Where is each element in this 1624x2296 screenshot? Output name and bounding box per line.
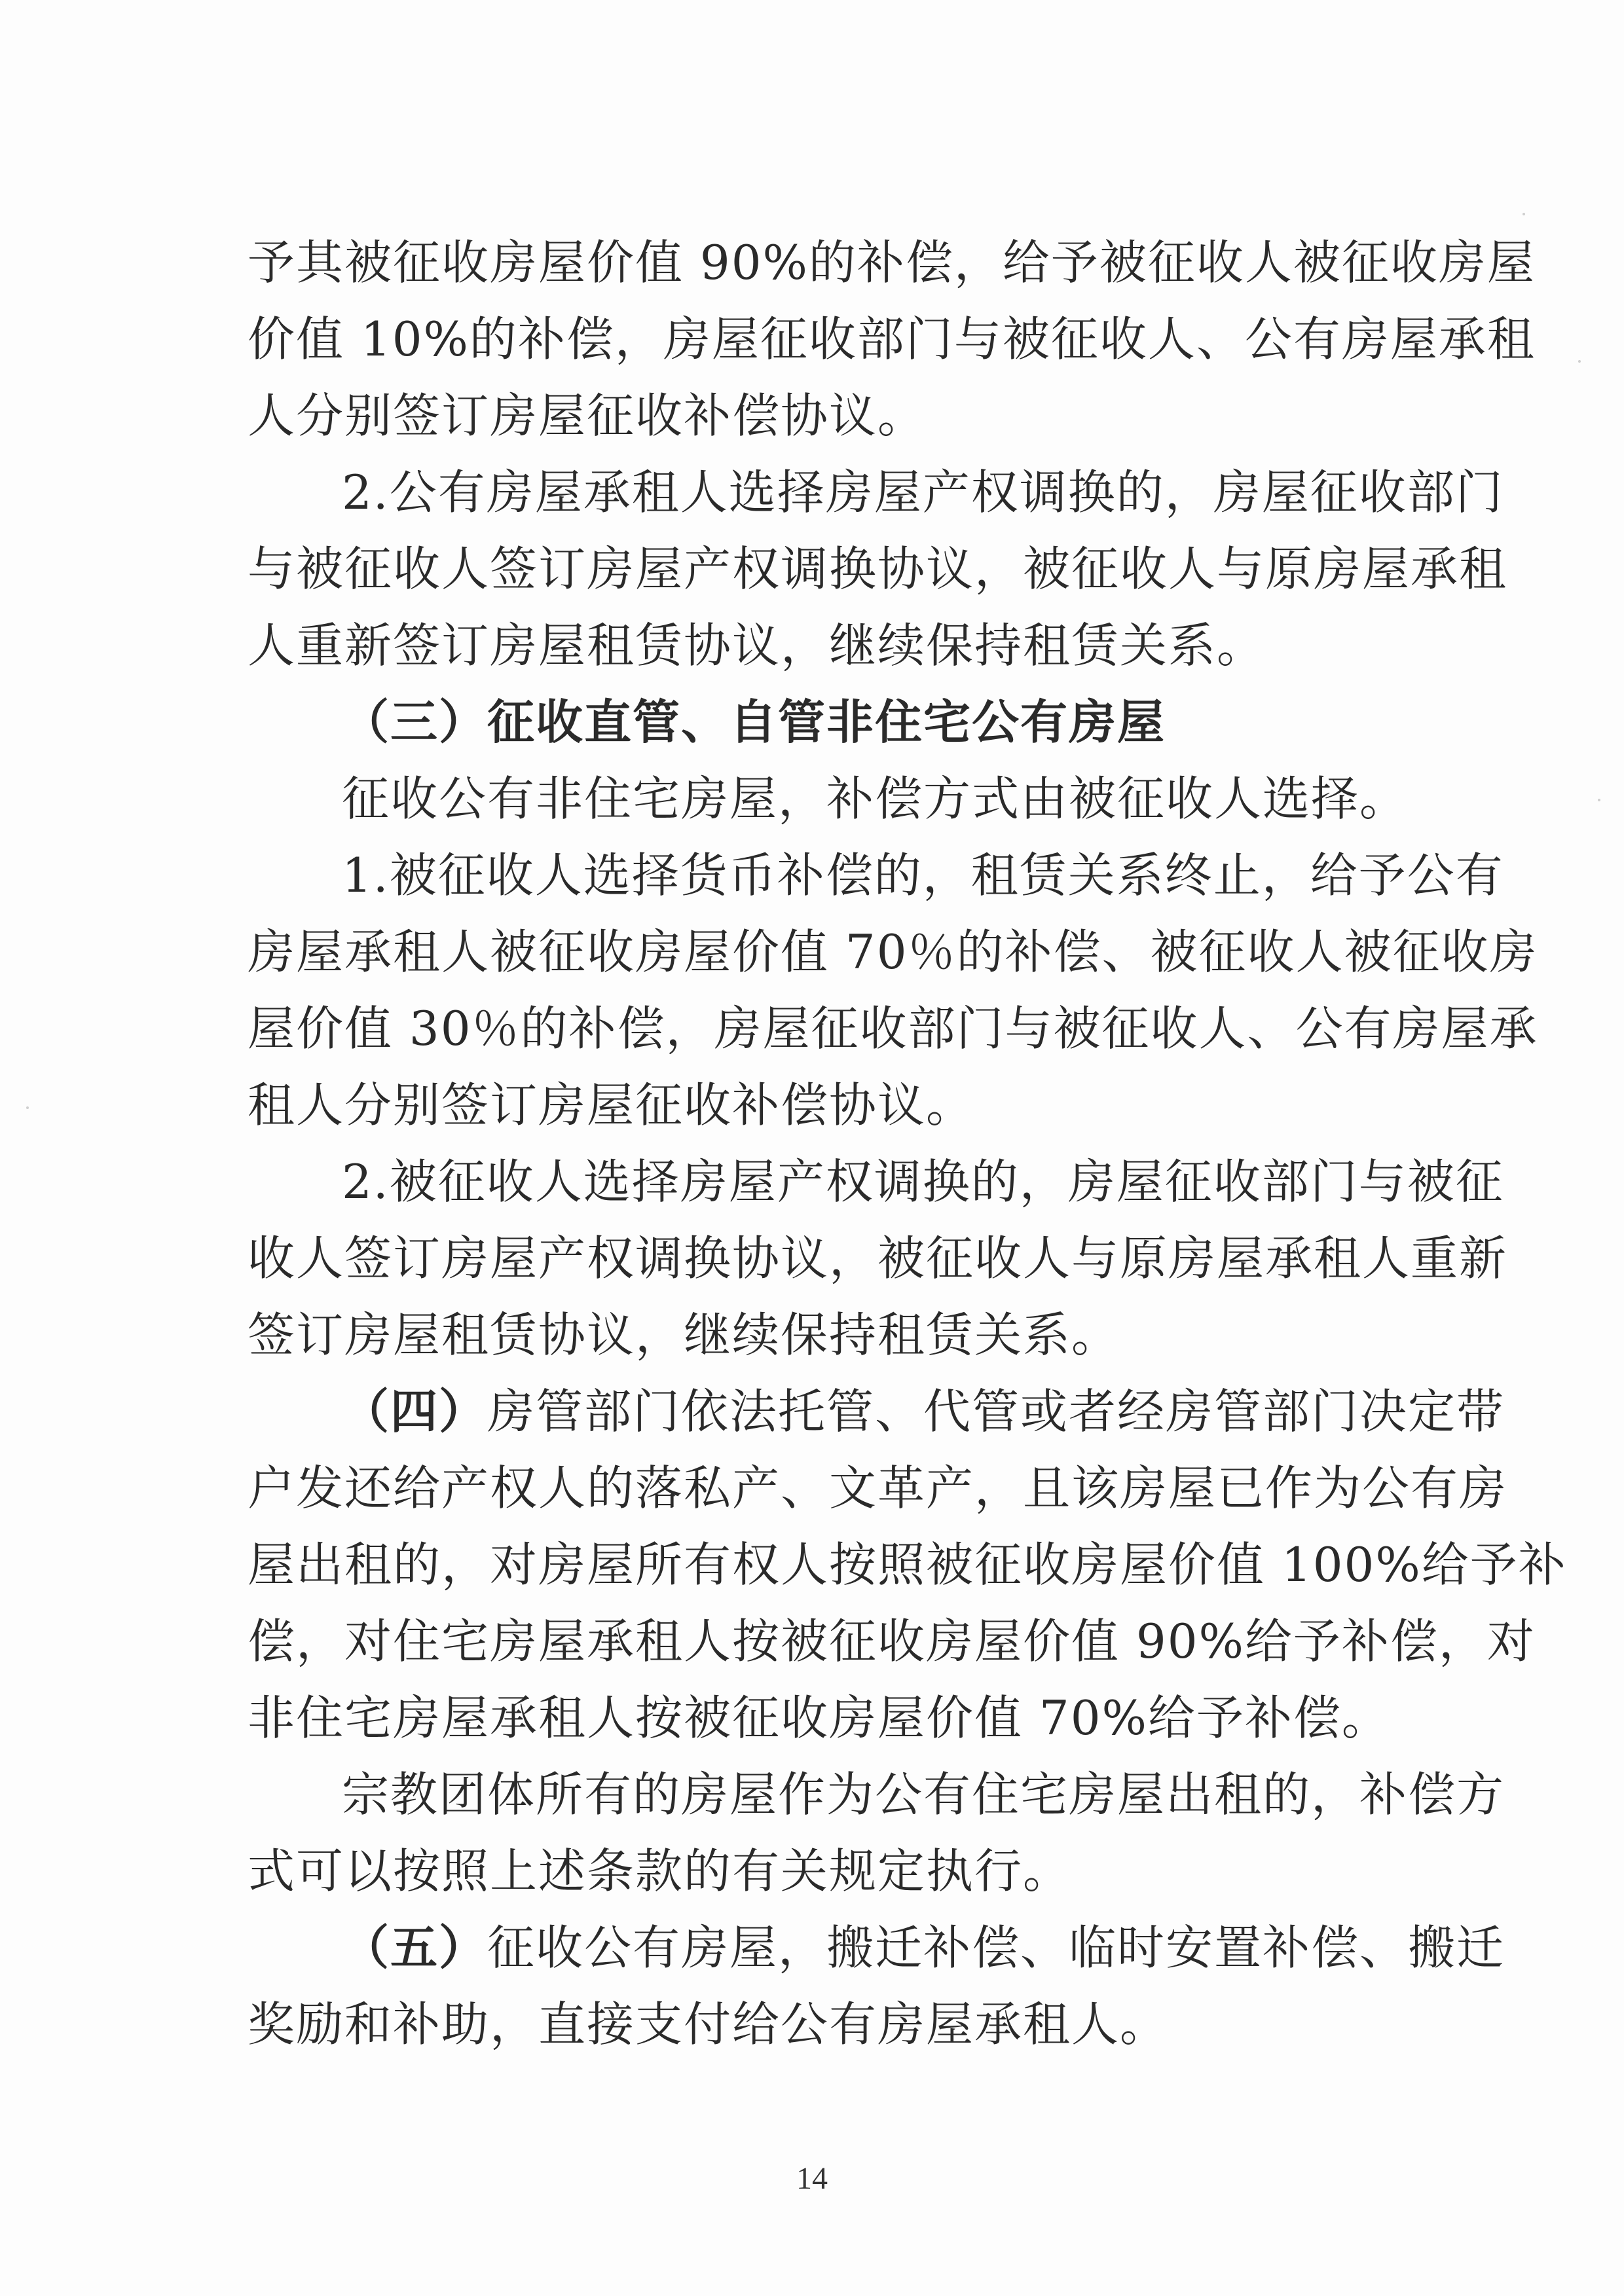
- paragraph-line: 非住宅房屋承租人按被征收房屋价值 70%给予补偿。: [248, 1685, 1390, 1751]
- paragraph-line: 租人分别签订房屋征收补偿协议。: [248, 1072, 1390, 1138]
- document-page: 予其被征收房屋价值 90%的补偿，给予被征收人被征收房屋 价值 10%的补偿，房…: [0, 0, 1624, 2296]
- paragraph-line: （四） 房管部门依法托管、代管或者经房管部门决定带: [342, 1379, 1390, 1444]
- paragraph-line: 屋出租的，对房屋所有权人按照被征收房屋价值 100%给予补: [248, 1532, 1390, 1597]
- scan-speck: [1598, 799, 1600, 801]
- paragraph-line: 宗教团体所有的房屋作为公有住宅房屋出租的，补偿方: [342, 1762, 1390, 1827]
- paragraph-line: 屋价值 30％的补偿，房屋征收部门与被征收人、公有房屋承: [248, 996, 1390, 1061]
- paragraph-line: 式可以按照上述条款的有关规定执行。: [248, 1838, 1390, 1904]
- paragraph-line: 签订房屋租赁协议，继续保持租赁关系。: [248, 1302, 1390, 1368]
- paragraph-line: （五） 征收公有房屋，搬迁补偿、临时安置补偿、搬迁: [342, 1915, 1390, 1980]
- scan-speck: [1578, 360, 1581, 363]
- paragraph-line: 2.被征收人选择房屋产权调换的，房屋征收部门与被征: [342, 1149, 1390, 1214]
- paragraph-line: 人重新签订房屋租赁协议，继续保持租赁关系。: [248, 613, 1390, 678]
- paragraph-line: 价值 10%的补偿，房屋征收部门与被征收人、公有房屋承租: [248, 306, 1390, 372]
- paragraph-line: 收人签订房屋产权调换协议，被征收人与原房屋承租人重新: [248, 1226, 1390, 1291]
- paragraph-line: 予其被征收房屋价值 90%的补偿，给予被征收人被征收房屋: [248, 230, 1390, 295]
- paragraph-line: 人分别签订房屋征收补偿协议。: [248, 383, 1390, 448]
- paragraph-line: 1.被征收人选择货币补偿的，租赁关系终止，给予公有: [342, 843, 1390, 908]
- paragraph-text: 征收公有房屋，搬迁补偿、临时安置补偿、搬迁: [487, 1915, 1505, 1980]
- scan-speck: [26, 1106, 29, 1109]
- paragraph-line: 奖励和补助，直接支付给公有房屋承租人。: [248, 1992, 1390, 2057]
- page-number: 14: [779, 2160, 845, 2196]
- paragraph-line: 户发还给产权人的落私产、文革产，且该房屋已作为公有房: [248, 1455, 1390, 1521]
- paragraph-text: 房管部门依法托管、代管或者经房管部门决定带: [487, 1379, 1505, 1444]
- paragraph-line: 偿，对住宅房屋承租人按被征收房屋价值 90%给予补偿，对: [248, 1609, 1390, 1674]
- section-heading: （三）征收直管、自管非住宅公有房屋: [342, 689, 1390, 755]
- section-marker: （五）: [342, 1915, 487, 1980]
- scan-speck: [1522, 213, 1525, 215]
- paragraph-line: 与被征收人签订房屋产权调换协议，被征收人与原房屋承租: [248, 536, 1390, 602]
- paragraph-line: 2.公有房屋承租人选择房屋产权调换的，房屋征收部门: [342, 460, 1390, 525]
- paragraph-line: 征收公有非住宅房屋，补偿方式由被征收人选择。: [342, 766, 1390, 831]
- paragraph-line: 房屋承租人被征收房屋价值 70％的补偿、被征收人被征收房: [248, 919, 1390, 985]
- section-marker: （四）: [342, 1379, 487, 1444]
